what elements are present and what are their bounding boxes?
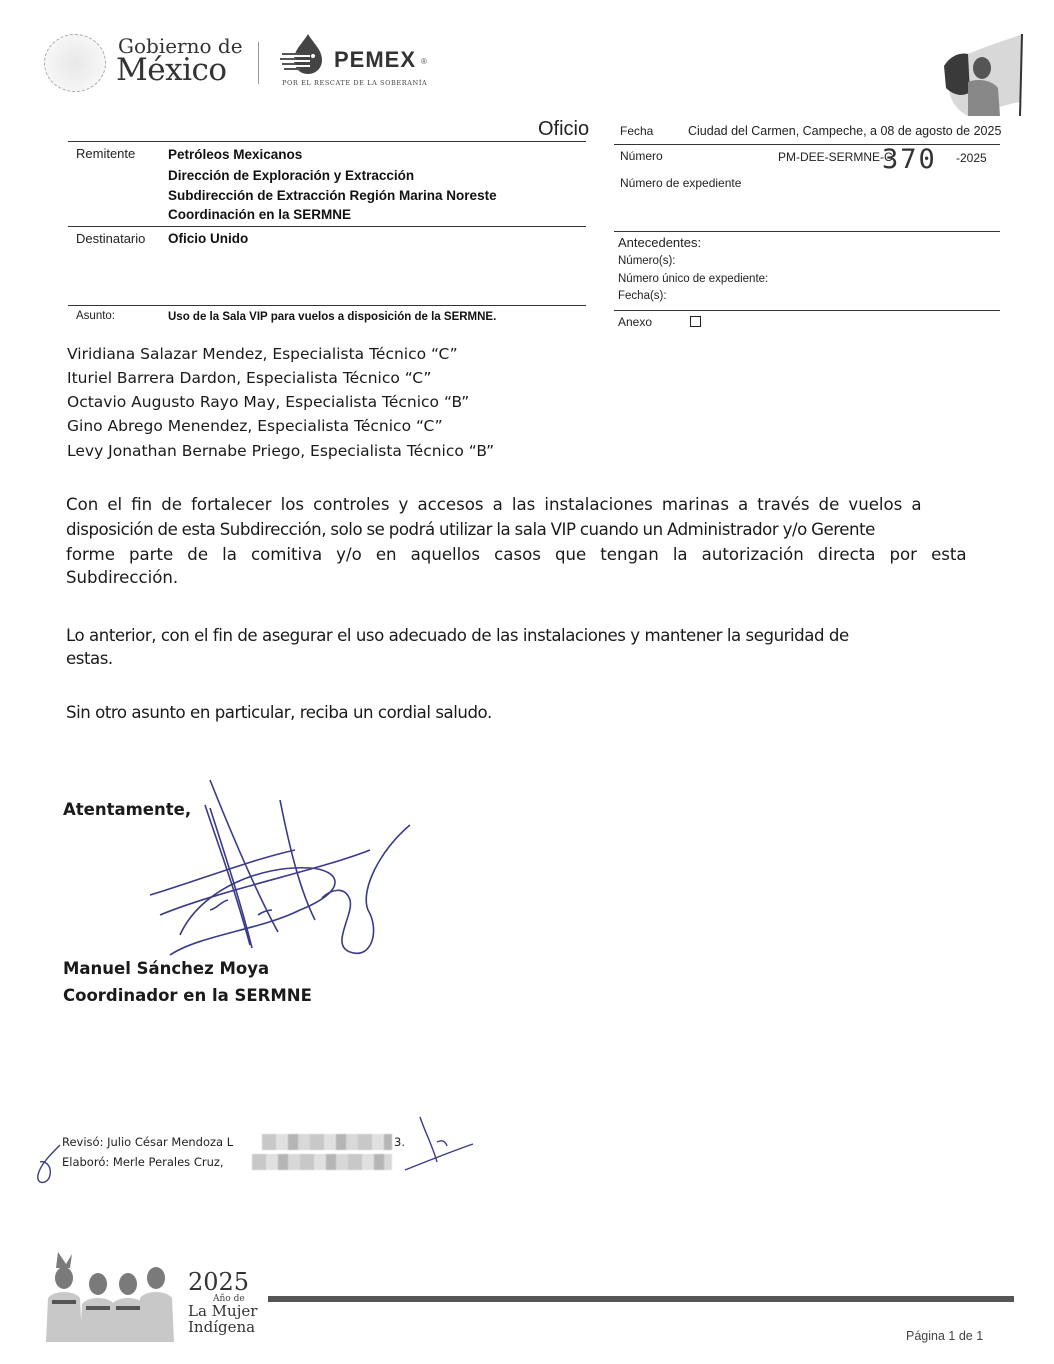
reviso-line: Revisó: Julio César Mendoza L (62, 1135, 233, 1149)
reviso-name: Julio César Mendoza L (107, 1135, 233, 1149)
year-logo-number: 2025 (188, 1268, 249, 1296)
remitente-line: Petróleos Mexicanos (168, 147, 302, 162)
redacted-block (262, 1134, 392, 1150)
antecedentes-label: Antecedentes: (618, 235, 701, 250)
divider (68, 305, 586, 306)
destinatario-label: Destinatario (76, 231, 145, 246)
asunto-value: Uso de la Sala VIP para vuelos a disposi… (168, 311, 496, 323)
fecha-label: Fecha (620, 124, 653, 138)
initials-scribble-icon (30, 1140, 70, 1190)
numero-label: Número (620, 149, 663, 163)
recipient-item: Viridiana Salazar Mendez, Especialista T… (67, 345, 458, 363)
recipient-item: Octavio Augusto Rayo May, Especialista T… (67, 393, 469, 411)
anexo-label: Anexo (618, 315, 652, 329)
initials-scribble-icon (395, 1112, 475, 1172)
remitente-label: Remitente (76, 146, 135, 161)
coat-of-arms-seal-icon (44, 34, 106, 92)
paragraph-line: forme parte de la comitiva y/o en aquell… (66, 545, 998, 564)
signature-scribble-icon (140, 770, 430, 980)
footer-divider (268, 1296, 1014, 1302)
document-type-title: Oficio (538, 118, 589, 141)
recipient-item: Levy Jonathan Bernabe Priego, Especialis… (67, 442, 494, 460)
paragraph-3: Sin otro asunto en particular, reciba un… (66, 703, 492, 722)
expediente-label: Número de expediente (620, 176, 741, 190)
paragraph-line: estas. (66, 649, 113, 668)
paragraph-line: disposición de esta Subdirección, solo s… (66, 520, 998, 539)
pemex-wordmark: PEMEX (334, 47, 416, 73)
redacted-block (252, 1154, 392, 1170)
numero-prefix: PM-DEE-SERMNE-C (778, 150, 893, 164)
paragraph-line: Con el fin de fortalecer los controles y… (66, 495, 998, 514)
divider (614, 144, 1000, 145)
pemex-tagline: POR EL RESCATE DE LA SOBERANÍA (282, 79, 427, 87)
signer-title: Coordinador en la SERMNE (63, 986, 312, 1005)
elaboro-line: Elaboró: Merle Perales Cruz, (62, 1155, 224, 1169)
remitente-line: Coordinación en la SERMNE (168, 207, 351, 222)
divider (614, 310, 1000, 311)
recipient-item: Gino Abrego Menendez, Especialista Técni… (67, 417, 443, 435)
paragraph-line: Subdirección. (66, 568, 178, 587)
remitente-line: Subdirección de Extracción Región Marina… (168, 188, 497, 203)
gov-logo-line2: México (116, 52, 227, 88)
asunto-label: Asunto: (76, 310, 115, 322)
page-number: Página 1 de 1 (906, 1329, 983, 1343)
year-logo-line2: Indígena (188, 1318, 255, 1336)
numero-stamp: 370 (882, 144, 937, 175)
fecha-value: Ciudad del Carmen, Campeche, a 08 de ago… (688, 124, 1001, 138)
indigenous-women-illustration-icon (36, 1250, 178, 1344)
destinatario-value: Oficio Unido (168, 231, 248, 246)
heroine-flag-illustration-icon (938, 32, 1026, 118)
anexo-checkbox[interactable] (690, 316, 701, 327)
pemex-eagle-drop-icon (280, 32, 328, 78)
numero-suffix: -2025 (956, 151, 987, 165)
paragraph-line: Lo anterior, con el fin de asegurar el u… (66, 626, 849, 645)
signer-name: Manuel Sánchez Moya (63, 959, 269, 978)
logo-divider (258, 42, 259, 84)
divider (614, 231, 1000, 232)
divider (68, 226, 586, 227)
recipient-item: Ituriel Barrera Dardon, Especialista Téc… (67, 369, 431, 387)
registered-mark: ® (421, 57, 427, 66)
numeros-label: Número(s): (618, 255, 676, 267)
elaboro-name: Merle Perales Cruz, (113, 1155, 224, 1169)
divider (68, 141, 586, 142)
remitente-line: Dirección de Exploración y Extracción (168, 168, 414, 183)
fechas-label: Fecha(s): (618, 290, 667, 302)
numero-unico-label: Número único de expediente: (618, 273, 768, 285)
